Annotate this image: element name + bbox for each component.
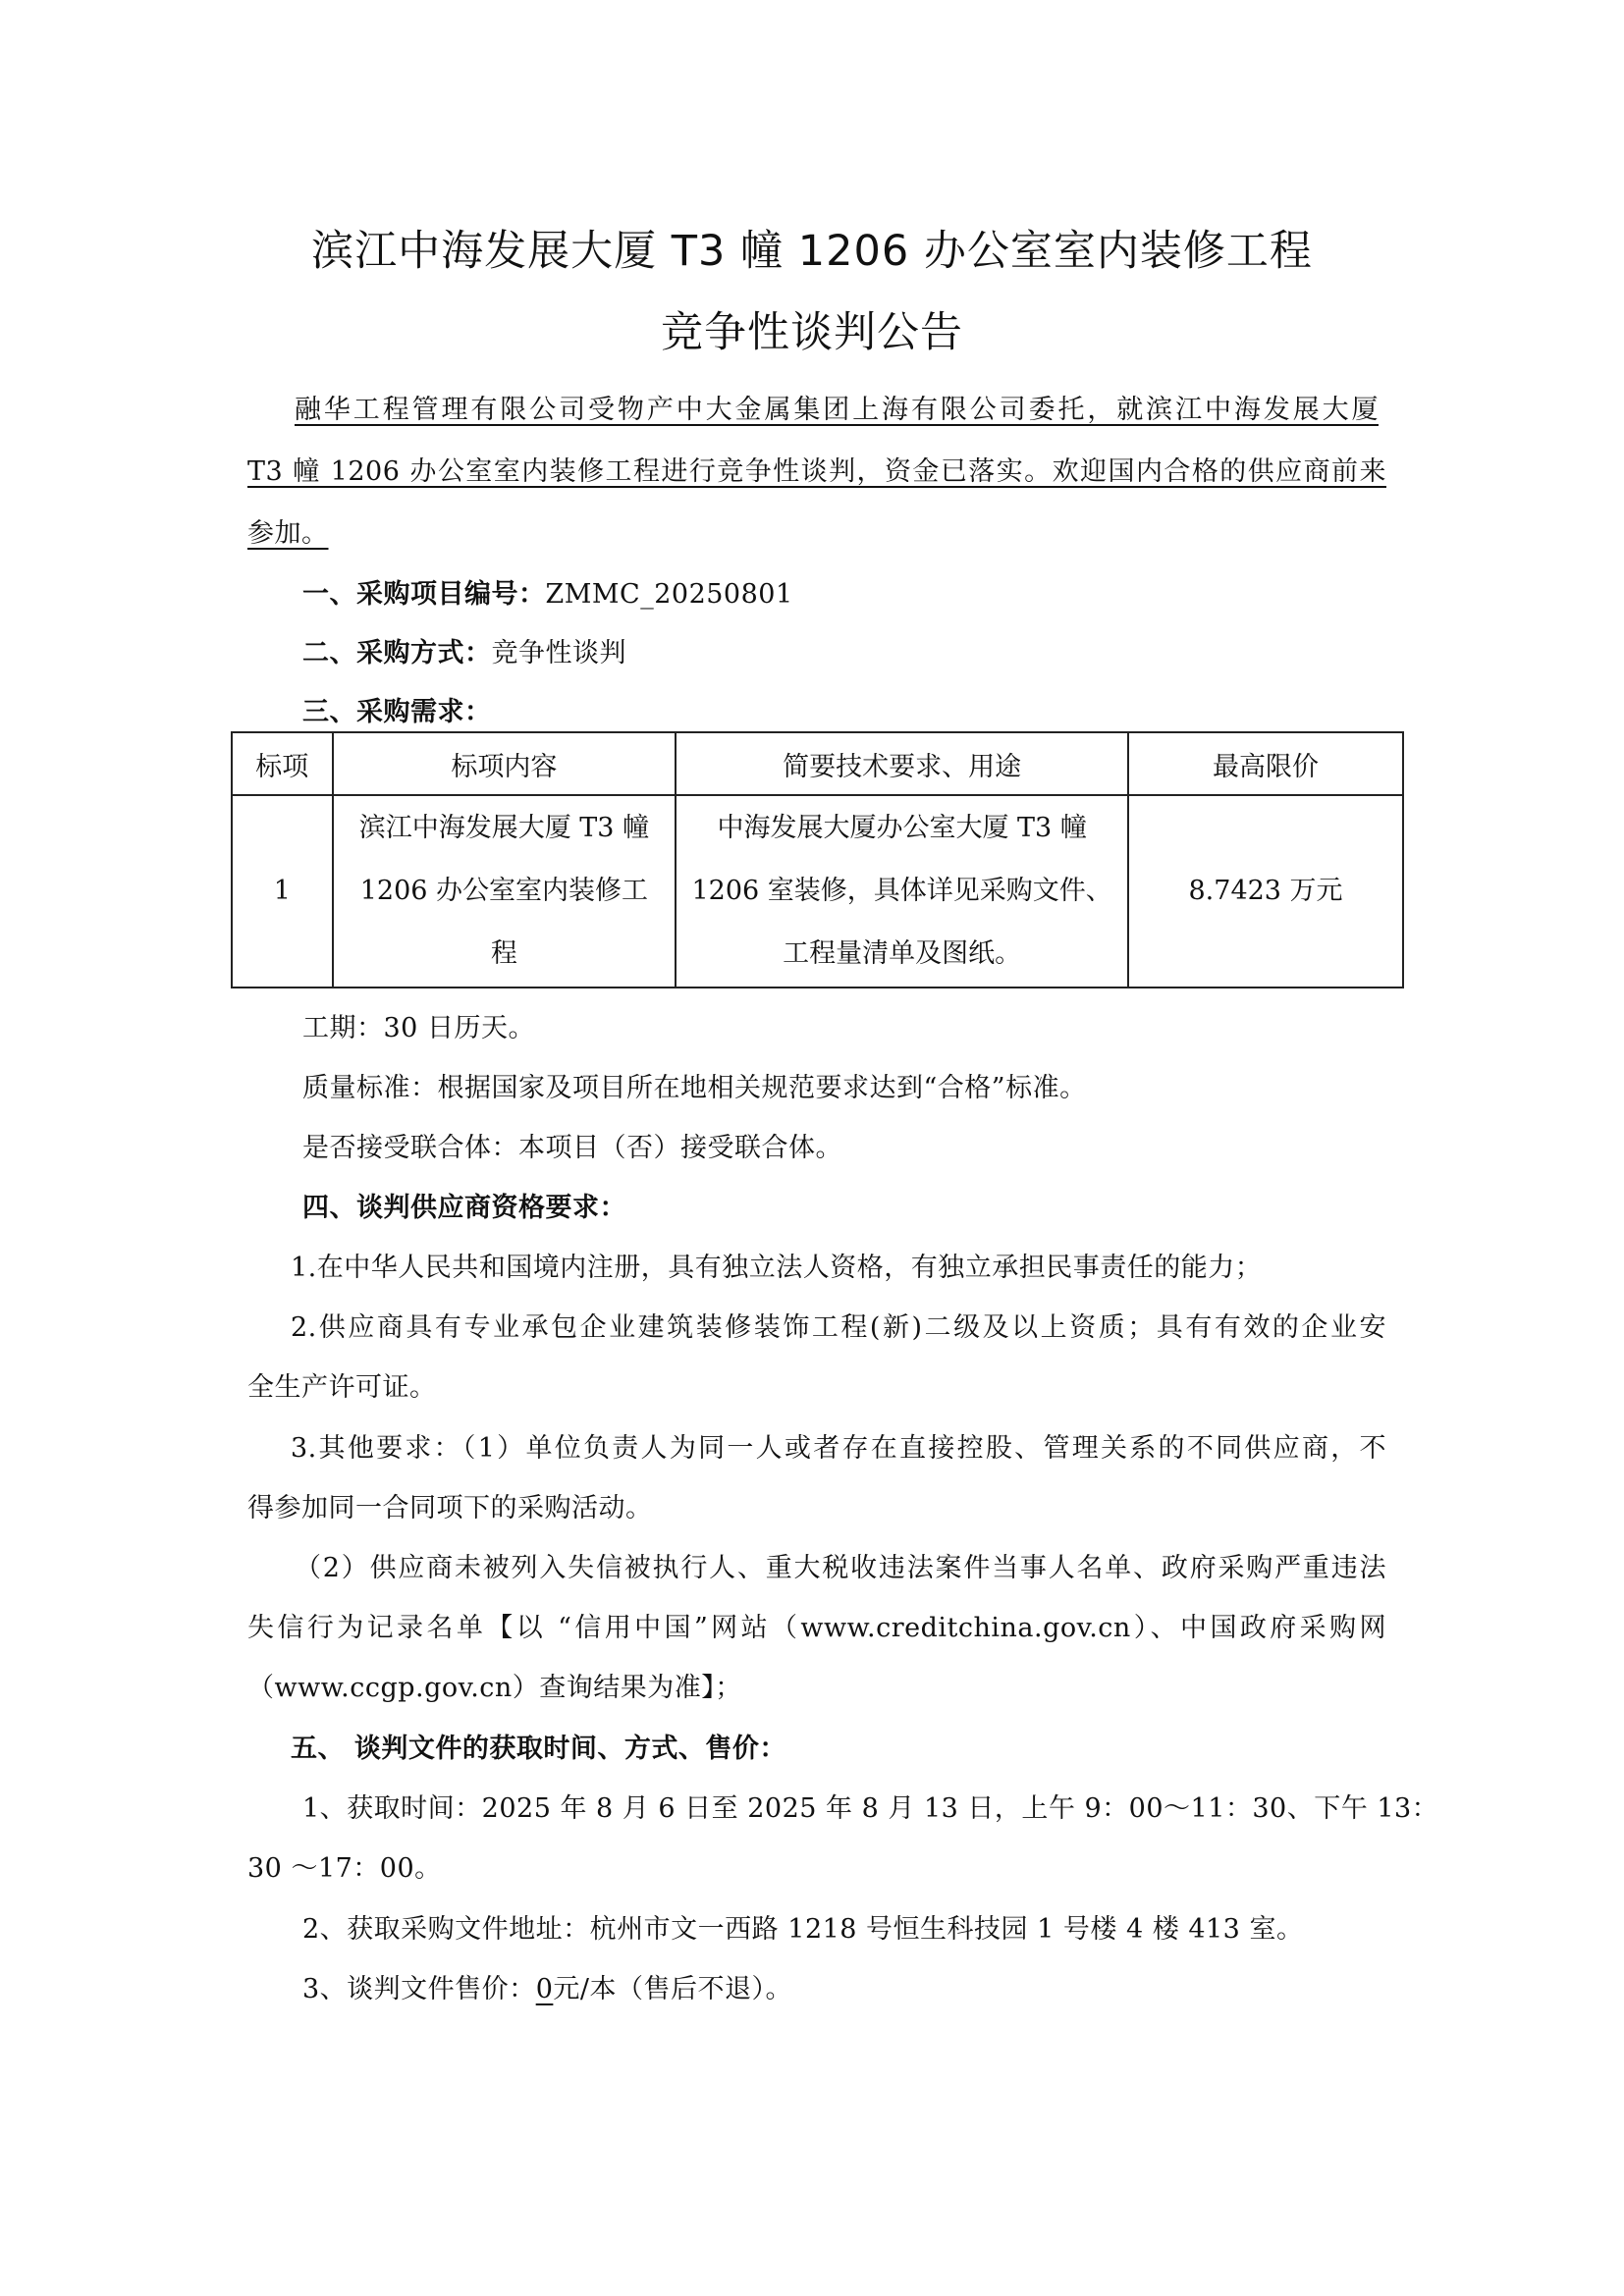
- price-suffix: 元/本（售后不退）。: [553, 1974, 792, 2004]
- quality-text: 质量标准：根据国家及项目所在地相关规范要求达到“合格”标准。: [302, 1071, 1087, 1106]
- qualification-req3b-line1: （2）供应商未被列入失信被执行人、重大税收违法案件当事人名单、政府采购严重违法: [295, 1551, 1386, 1586]
- header-requirements: 简要技术要求、用途: [676, 732, 1128, 795]
- acquisition-time-line1: 1、获取时间：2025 年 8 月 6 日至 2025 年 8 月 13 日，上…: [302, 1791, 1386, 1827]
- qualification-req3-line1: 3.其他要求：（1）单位负责人为同一人或者存在直接控股、管理关系的不同供应商，不: [291, 1431, 1386, 1467]
- qualification-req3b-line3: （www.ccgp.gov.cn）查询结果为准】；: [247, 1671, 742, 1706]
- qualification-req1: 1.在中华人民共和国境内注册，具有独立法人资格，有独立承担民事责任的能力；: [291, 1251, 1262, 1286]
- requirement-line: 1206 室装修，具体详见采购文件、: [677, 860, 1127, 923]
- cell-requirements: 中海发展大厦办公室大厦 T3 幢 1206 室装修，具体详见采购文件、 工程量清…: [676, 795, 1128, 988]
- requirement-line: 中海发展大厦办公室大厦 T3 幢: [677, 797, 1127, 860]
- table-header-row: 标项 标项内容 简要技术要求、用途 最高限价: [232, 732, 1403, 795]
- qualification-req3b-line2: 失信行为记录名单【以 “信用中国”网站（www.creditchina.gov.…: [247, 1611, 1386, 1646]
- section-procurement-method: 二、采购方式：竞争性谈判: [302, 636, 626, 671]
- section-qualification-heading: 四、谈判供应商资格要求：: [302, 1191, 626, 1226]
- content-line: 程: [334, 923, 676, 986]
- section-acquisition-heading: 五、 谈判文件的获取时间、方式、售价：: [291, 1732, 786, 1767]
- intro-line1: 融华工程管理有限公司受物产中大金属集团上海有限公司委托，就滨江中海发展大厦: [295, 393, 1379, 428]
- procurement-method-label: 二、采购方式：: [302, 638, 492, 668]
- cell-max-price: 8.7423 万元: [1128, 795, 1403, 988]
- requirement-line: 工程量清单及图纸。: [677, 923, 1127, 986]
- qualification-req2-line2: 全生产许可证。: [247, 1370, 437, 1406]
- header-max-price: 最高限价: [1128, 732, 1403, 795]
- cell-item: 1: [232, 795, 333, 988]
- header-content: 标项内容: [333, 732, 677, 795]
- section-project-number: 一、采购项目编号：ZMMC_20250801: [302, 577, 793, 613]
- content-line: 滨江中海发展大厦 T3 幢: [334, 797, 676, 860]
- section-requirements-heading: 三、采购需求：: [302, 695, 492, 730]
- intro-line2: T3 幢 1206 办公室室内装修工程进行竞争性谈判，资金已落实。欢迎国内合格的…: [247, 454, 1386, 490]
- cell-content: 滨江中海发展大厦 T3 幢 1206 办公室室内装修工 程: [333, 795, 677, 988]
- project-number-value: ZMMC_20250801: [546, 579, 793, 610]
- consortium-text: 是否接受联合体：本项目（否）接受联合体。: [302, 1131, 842, 1166]
- acquisition-address: 2、获取采购文件地址：杭州市文一西路 1218 号恒生科技园 1 号楼 4 楼 …: [302, 1912, 1303, 1948]
- project-number-label: 一、采购项目编号：: [302, 579, 546, 610]
- qualification-req3-line2: 得参加同一合同项下的采购活动。: [247, 1491, 653, 1526]
- procurement-method-value: 竞争性谈判: [492, 638, 627, 668]
- document-title-line1: 滨江中海发展大厦 T3 幢 1206 办公室室内装修工程: [0, 218, 1624, 278]
- table-row: 1 滨江中海发展大厦 T3 幢 1206 办公室室内装修工 程 中海发展大厦办公…: [232, 795, 1403, 988]
- qualification-req2-line1: 2.供应商具有专业承包企业建筑装修装饰工程(新)二级及以上资质；具有有效的企业安: [291, 1310, 1386, 1346]
- price-prefix: 3、谈判文件售价：: [302, 1974, 536, 2004]
- requirements-table: 标项 标项内容 简要技术要求、用途 最高限价 1 滨江中海发展大厦 T3 幢 1…: [231, 731, 1404, 988]
- content-line: 1206 办公室室内装修工: [334, 860, 676, 923]
- document-price: 3、谈判文件售价：0元/本（售后不退）。: [302, 1972, 792, 2007]
- price-value: 0: [536, 1974, 554, 2004]
- acquisition-time-line2: 30 ～17：00。: [247, 1851, 442, 1887]
- intro-line3: 参加。: [247, 516, 329, 552]
- document-title-line2: 竞争性谈判公告: [0, 299, 1624, 359]
- header-item: 标项: [232, 732, 333, 795]
- duration-text: 工期：30 日历天。: [302, 1011, 535, 1046]
